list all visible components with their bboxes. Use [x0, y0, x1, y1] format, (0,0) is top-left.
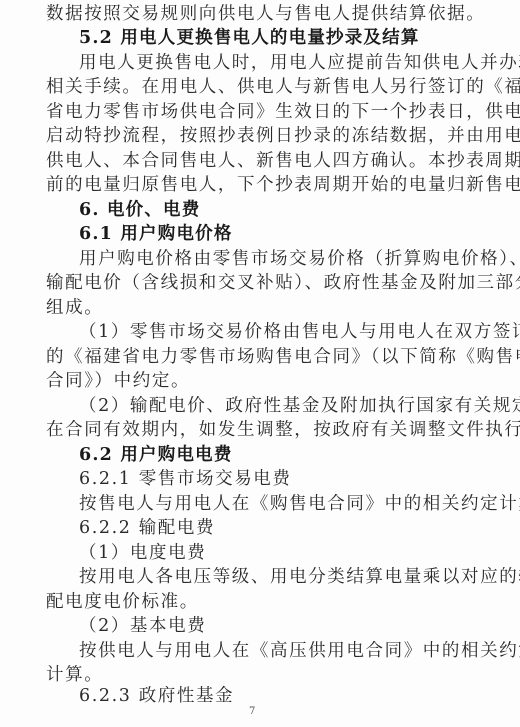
subsection-heading-6-2-1: 6.2.1 零售市场交易电费: [79, 467, 468, 491]
body-text-line: 在合同有效期内，如发生调整，按政府有关调整文件执行。: [46, 418, 468, 442]
body-text-line: 数据按照交易规则向供电人与售电人提供结算依据。: [46, 2, 468, 26]
page-number: 7: [249, 706, 255, 717]
list-item-2: （2）基本电费: [79, 614, 468, 638]
body-text-line: 的《福建省电力零售市场购售电合同》（以下简称《购售电: [46, 345, 468, 369]
body-text-line: 输配电价（含线损和交叉补贴）、政府性基金及附加三部分: [46, 271, 468, 295]
section-heading-6-1: 6.1 用户购电价格: [79, 222, 468, 246]
list-item-2: （2）输配电价、政府性基金及附加执行国家有关规定。: [79, 394, 468, 418]
body-text-line: 组成。: [46, 296, 468, 320]
body-text-line: 相关手续。在用电人、供电人与新售电人另行签订的《福建: [46, 75, 468, 99]
paragraph-first-line: 按供电人与用电人在《高压供用电合同》中的相关约定: [79, 639, 468, 663]
section-heading-5-2: 5.2 用电人更换售电人的电量抄录及结算: [79, 26, 468, 50]
section-heading-6-2: 6.2 用户购电电费: [79, 443, 468, 467]
body-text-line: 前的电量归原售电人，下个抄表周期开始的电量归新售电人。: [46, 173, 468, 197]
document-page: 数据按照交易规则向供电人与售电人提供结算依据。 5.2 用电人更换售电人的电量抄…: [0, 0, 520, 727]
body-text-line: 供电人、本合同售电人、新售电人四方确认。本抄表周期之: [46, 149, 468, 173]
paragraph-first-line: 用户购电价格由零售市场交易价格（折算购电价格）、: [79, 247, 468, 271]
list-item-1: （1）零售市场交易价格由售电人与用电人在双方签订: [79, 320, 468, 344]
paragraph-first-line: 用电人更换售电人时，用电人应提前告知供电人并办理: [79, 51, 468, 75]
body-text-line: 合同》）中约定。: [46, 369, 468, 393]
body-text-line: 配电度电价标准。: [46, 590, 468, 614]
subsection-heading-6-2-3: 6.2.3 政府性基金: [79, 684, 468, 708]
paragraph-first-line: 按售电人与用电人在《购售电合同》中的相关约定计算。: [79, 492, 468, 516]
body-text-line: 省电力零售市场供电合同》生效日的下一个抄表日，供电人: [46, 100, 468, 124]
subsection-heading-6-2-2: 6.2.2 输配电费: [79, 516, 468, 540]
paragraph-first-line: 按用电人各电压等级、用电分类结算电量乘以对应的输: [79, 565, 468, 589]
body-text-line: 启动特抄流程，按照抄表例日抄录的冻结数据，并由用电人、: [46, 124, 468, 148]
list-item-1: （1）电度电费: [79, 541, 468, 565]
section-heading-6: 6. 电价、电费: [79, 198, 468, 222]
